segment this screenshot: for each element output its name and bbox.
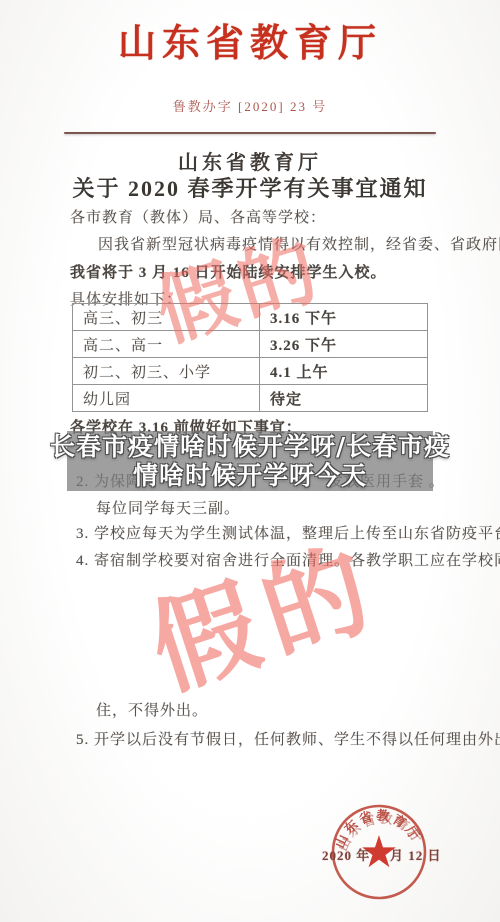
schedule-table: 高三、初三 3.16 下午 高二、高一 3.26 下午 初二、初三、小学 4.1… <box>72 303 428 412</box>
seal-date-left: 2020 年 <box>322 845 370 864</box>
table-row: 初二、初三、小学 4.1 上午 <box>73 358 428 385</box>
caption-line2: 情啥时候开学呀今天 <box>133 461 367 490</box>
table-row: 幼儿园 待定 <box>73 385 428 412</box>
item4-continuation: 住，不得外出。 <box>96 699 208 720</box>
doc-title-line1: 山东省教育厅 <box>0 146 500 175</box>
salutation: 各市教育（教体）局、各高等学校： <box>70 206 326 227</box>
letterhead-agency-title: 山东省教育厅 <box>0 12 500 67</box>
item4-text: 4. 寄宿制学校要对宿舍进行全面清理。各教学职工应在学校同 <box>76 549 500 570</box>
table-cell-group: 幼儿园 <box>73 385 260 412</box>
item2-continuation: 每位同学每天三副。 <box>96 497 240 518</box>
table-cell-group: 高二、高一 <box>73 331 260 358</box>
document-number: 鲁教办字 [2020] 23 号 <box>0 96 500 115</box>
caption-line1: 长春市疫情啥时候开学呀/长春市疫 <box>50 432 450 461</box>
intro-line2: 我省将于 3 月 16 日开始陆续安排学生入校。 <box>70 261 387 282</box>
letterhead-divider <box>64 132 436 134</box>
intro-line1: 因我省新型冠状病毒疫情得以有效控制，经省委、省政府同意， <box>98 233 500 254</box>
table-cell-time: 3.26 下午 <box>260 331 428 358</box>
item5-text: 5. 开学以后没有节假日，任何教师、学生不得以任何理由外出。 <box>76 728 500 749</box>
table-row: 高三、初三 3.16 下午 <box>73 304 428 331</box>
doc-title-line2: 关于 2020 春季开学有关事宜通知 <box>0 172 500 203</box>
table-cell-time: 4.1 上午 <box>260 358 428 385</box>
table-row: 高二、高一 3.26 下午 <box>73 331 428 358</box>
item3-text: 3. 学校应每天为学生测试体温，整理后上传至山东省防疫平台。 <box>76 522 500 543</box>
seal-date-right: 月 12 日 <box>390 845 442 864</box>
table-cell-time: 3.16 下午 <box>260 304 428 331</box>
table-cell-time: 待定 <box>260 385 428 412</box>
table-cell-group: 高三、初三 <box>73 304 260 331</box>
caption-overlay-banner: 长春市疫情啥时候开学呀/长春市疫 情啥时候开学呀今天 <box>67 431 433 491</box>
table-cell-group: 初二、初三、小学 <box>73 358 260 385</box>
